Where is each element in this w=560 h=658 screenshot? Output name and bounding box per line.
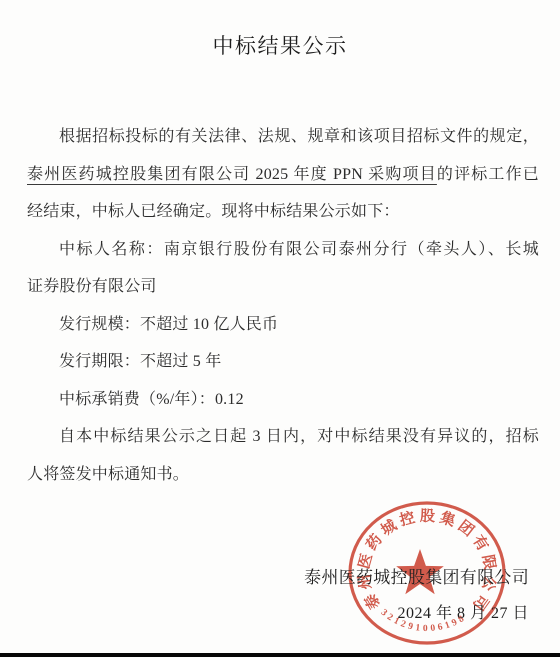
underlined-project-name: 泰州医药城控股集团有限公司 2025 年度 PPN 采购项目	[27, 166, 437, 183]
page-title: 中标结果公示	[0, 0, 560, 58]
paragraph-line: 发行规模：不超过 10 亿人民币	[27, 306, 539, 344]
signature-date: 2024 年 8 月 27 日	[304, 604, 529, 624]
paragraph-line: 人将签发中标通知书。	[27, 456, 539, 494]
signature-block: 泰州医药城控股集团有限公司 2024 年 8 月 27 日	[304, 568, 529, 624]
signature-company: 泰州医药城控股集团有限公司	[304, 568, 529, 588]
paragraph-line: 泰州医药城控股集团有限公司 2025 年度 PPN 采购项目的评标工作已	[27, 156, 539, 194]
paragraph-line: 经结束，中标人已经确定。现将中标结果公示如下：	[27, 193, 539, 231]
document-page: 中标结果公示 根据招标投标的有关法律、法规、规章和该项目招标文件的规定， 泰州医…	[0, 0, 560, 658]
bottom-divider	[0, 653, 560, 657]
paragraph-line: 根据招标投标的有关法律、法规、规章和该项目招标文件的规定，	[27, 118, 539, 156]
paragraph-line: 证券股份有限公司	[27, 268, 539, 306]
paragraph-line: 中标承销费（%/年）：0.12	[27, 381, 539, 419]
document-body: 根据招标投标的有关法律、法规、规章和该项目招标文件的规定， 泰州医药城控股集团有…	[27, 118, 539, 493]
paragraph-line: 发行期限：不超过 5 年	[27, 343, 539, 381]
paragraph-line: 自本中标结果公示之日起 3 日内，对中标结果没有异议的，招标	[27, 418, 539, 456]
paragraph-line: 中标人名称：南京银行股份有限公司泰州分行（牵头人）、长城	[27, 231, 539, 269]
paragraph-text: 的评标工作已	[437, 166, 539, 183]
